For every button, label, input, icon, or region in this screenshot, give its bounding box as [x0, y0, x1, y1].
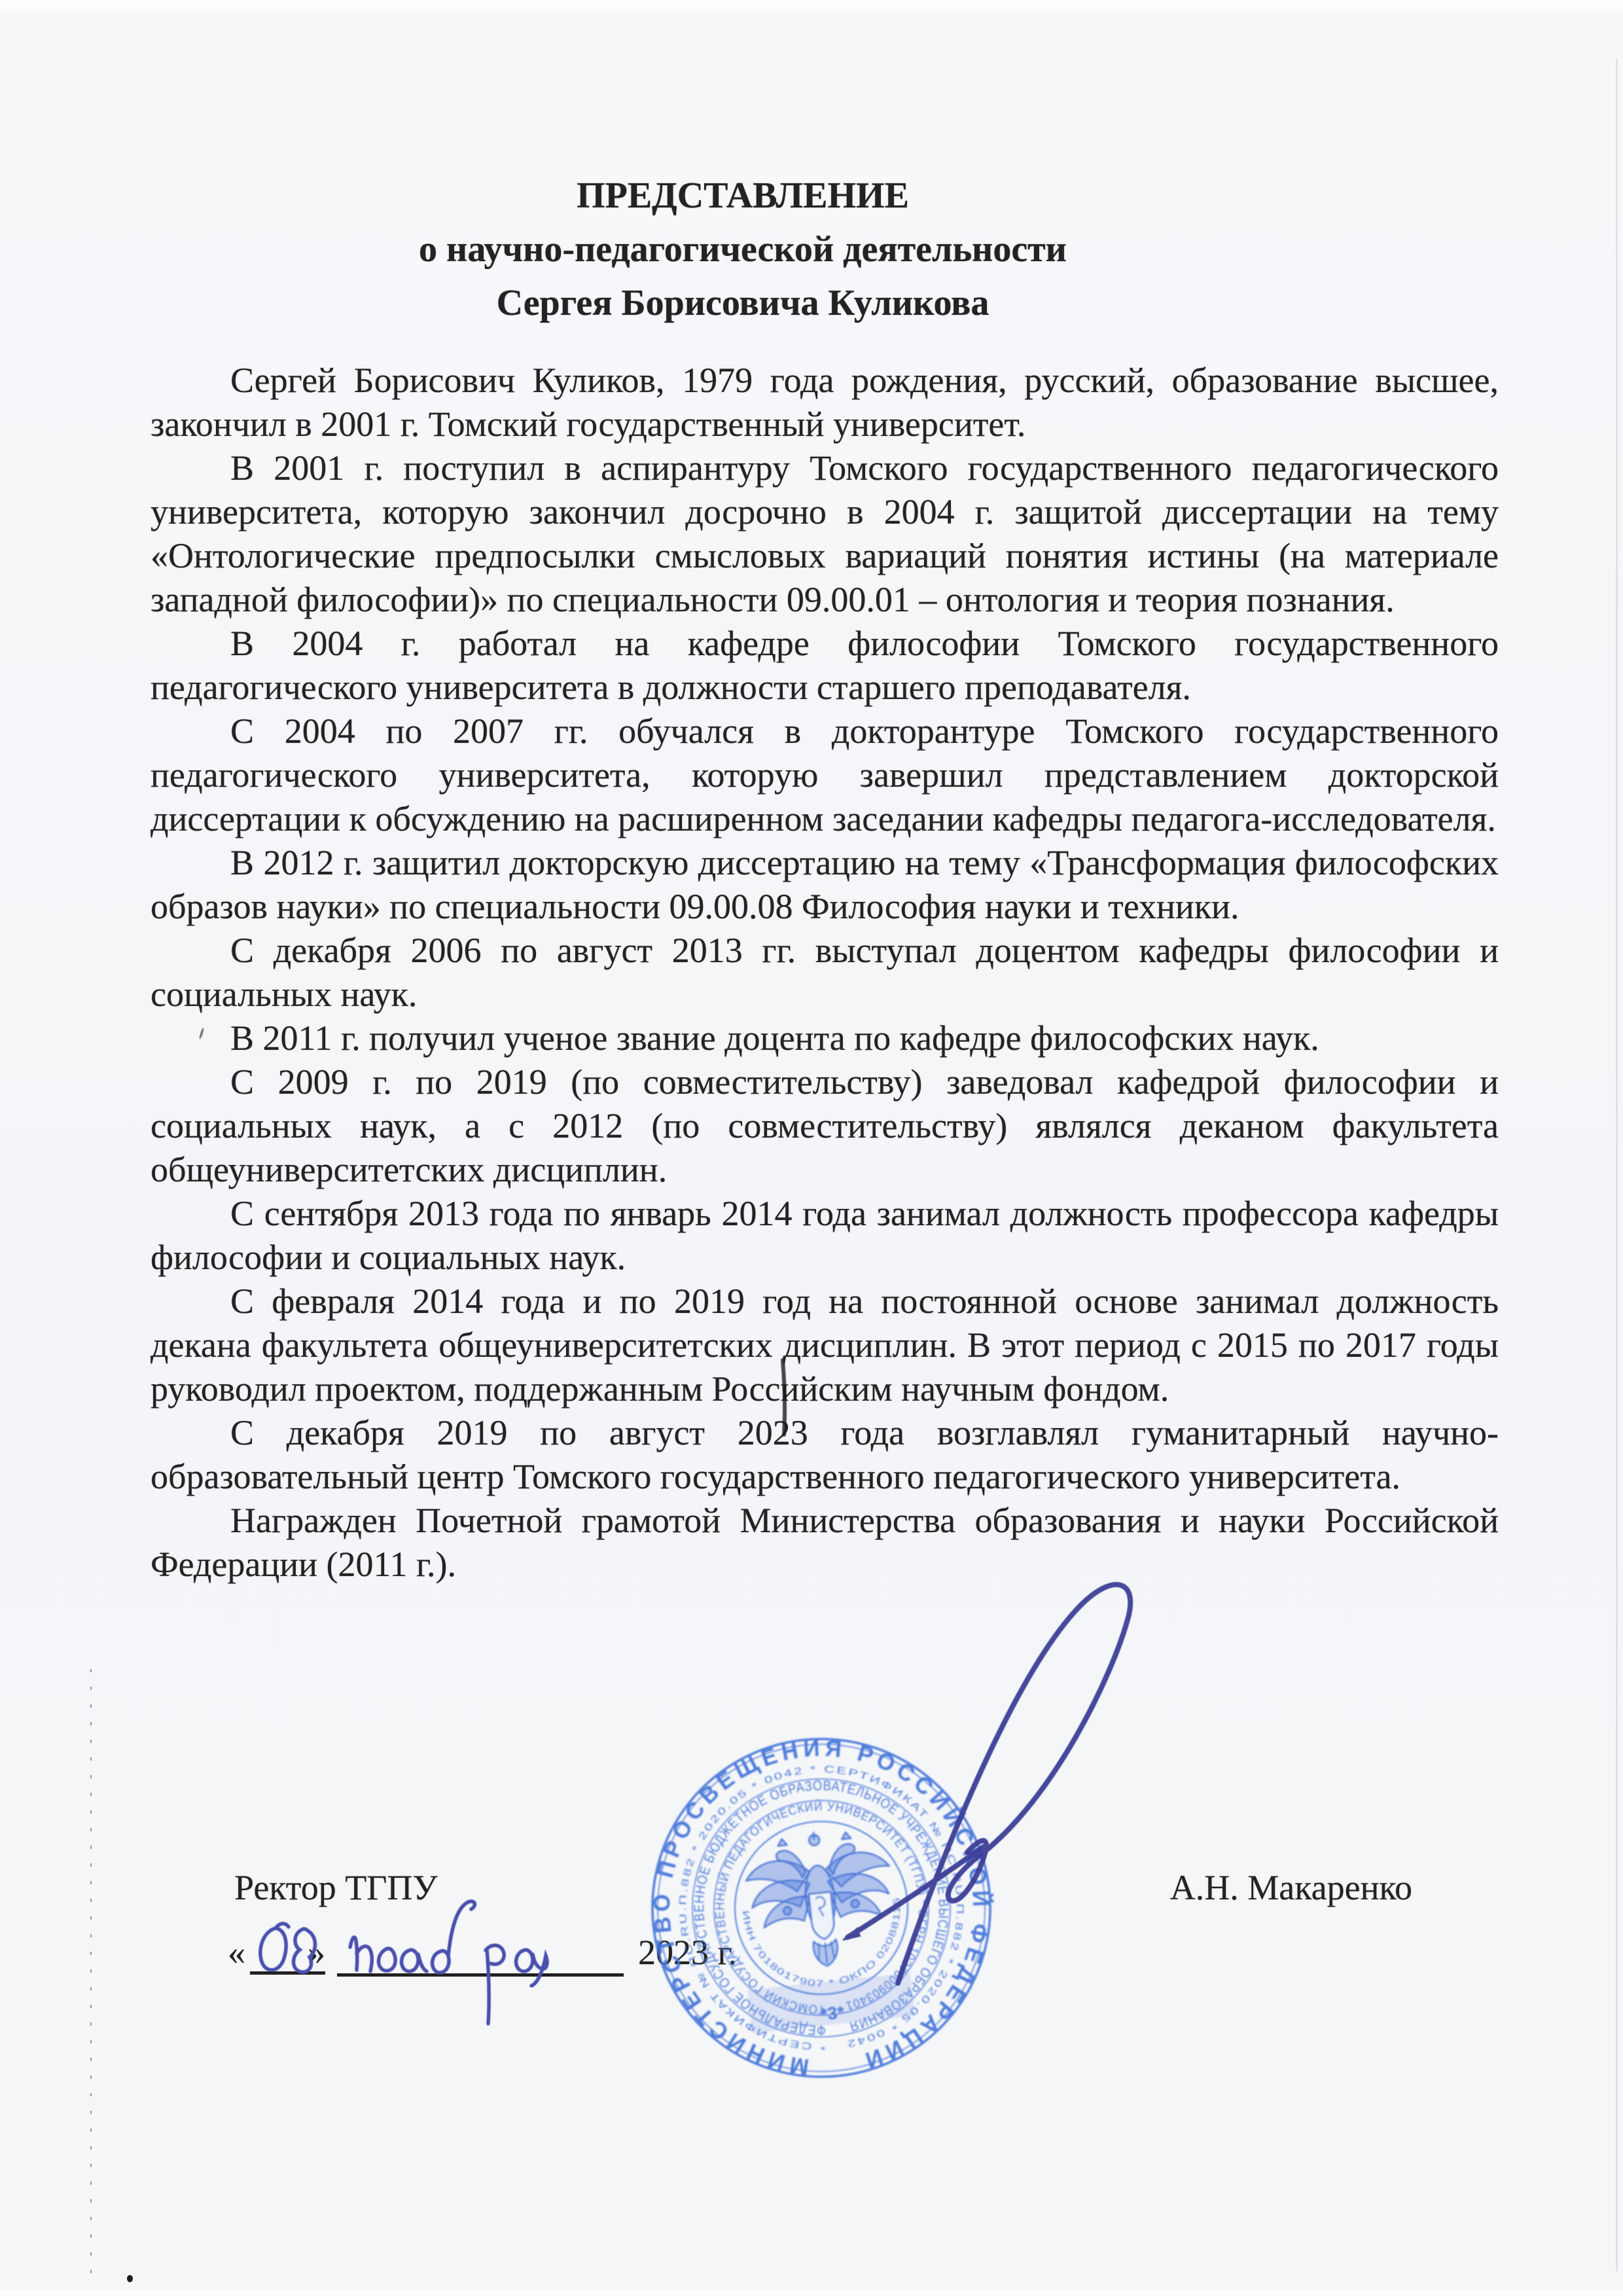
scanned-document-page: ПРЕДСТАВЛЕНИЕ о научно-педагогической де… [0, 0, 1623, 2296]
ink-overlay [0, 0, 1623, 2296]
rector-signature [843, 1585, 1130, 1983]
handwritten-month [350, 1901, 547, 2024]
ink-streak-artifact [783, 1360, 785, 1435]
handwritten-day [260, 1924, 315, 1972]
